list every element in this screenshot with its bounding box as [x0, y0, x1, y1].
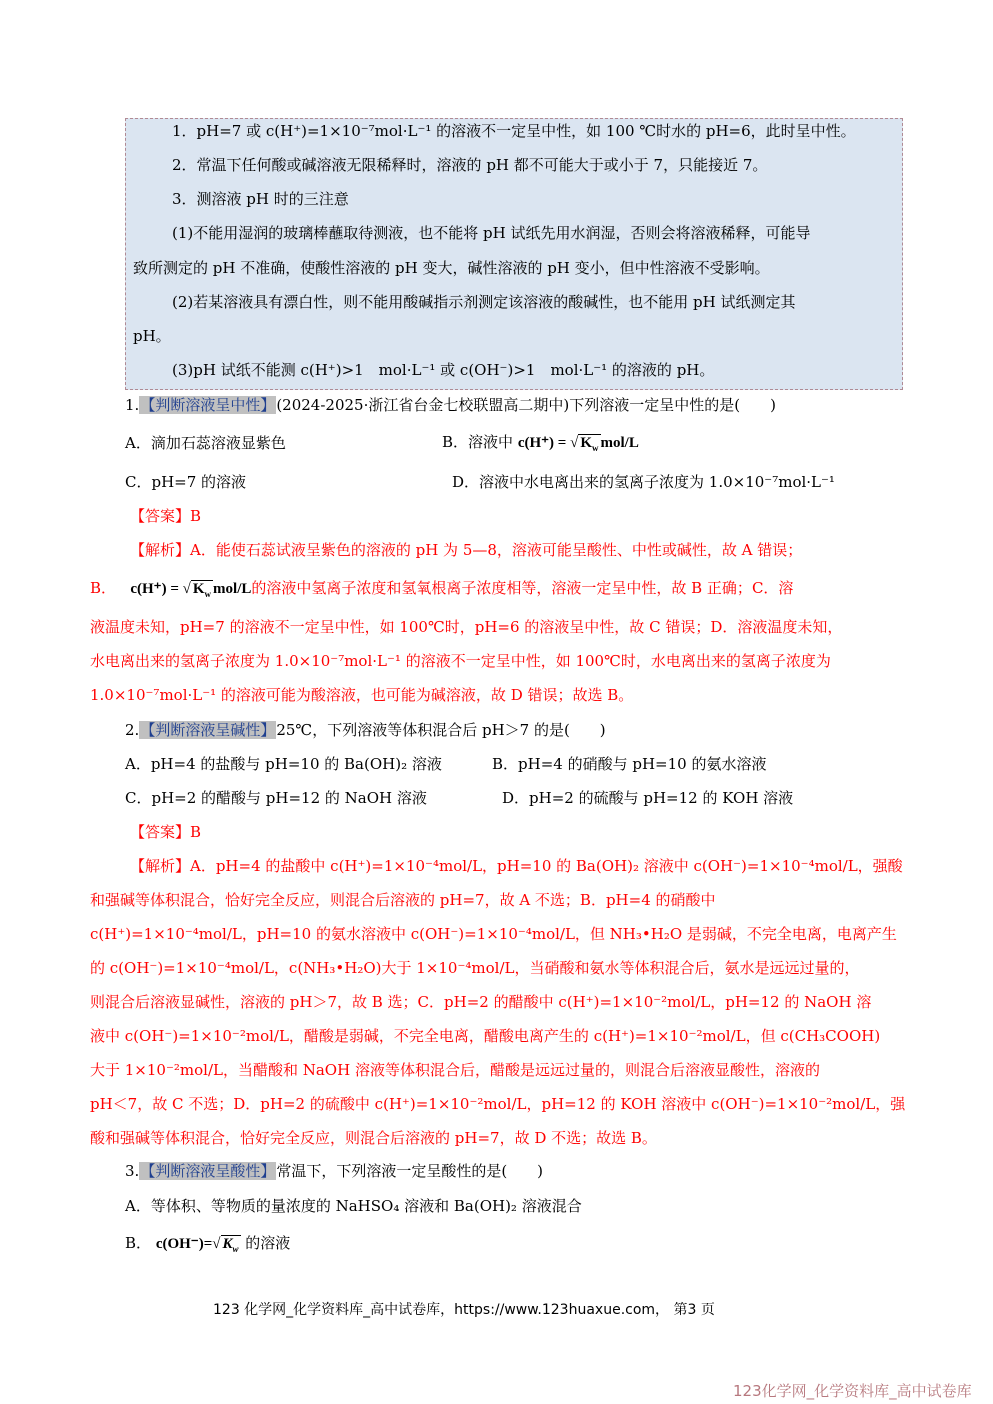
- question-2-analysis-line-3: c(H⁺)=1×10⁻⁴mol/L，pH=10 的氨水溶液中 c(OH⁻)=1×…: [90, 924, 897, 944]
- question-3-stem: 3.【判断溶液呈酸性】常温下，下列溶液一定呈酸性的是( ): [125, 1161, 543, 1181]
- question-1-analysis-line-3: 液温度未知，pH=7 的溶液不一定呈中性，如 100℃时，pH=6 的溶液呈中性…: [90, 617, 842, 637]
- question-2-analysis-line-5: 则混合后溶液显碱性，溶液的 pH＞7，故 B 选；C．pH=2 的醋酸中 c(H…: [90, 992, 871, 1012]
- question-1-option-b: B．溶液中 c(H⁺) = √Kwmol/L: [442, 432, 639, 456]
- question-2-answer: 【答案】B: [130, 822, 201, 842]
- question-2-analysis-line-4: 的 c(OH⁻)=1×10⁻⁴mol/L，c(NH₃•H₂O)大于 1×10⁻⁴…: [90, 958, 859, 978]
- page-footer: 123 化学网_化学资料库_高中试卷库，https://www.123huaxu…: [213, 1300, 715, 1320]
- question-1-analysis-line-4: 水电离出来的氢离子浓度为 1.0×10⁻⁷mol·L⁻¹ 的溶液不一定呈中性，如…: [90, 651, 831, 671]
- question-2-analysis-line-8: pH＜7，故 C 不选；D．pH=2 的硫酸中 c(H⁺)=1×10⁻²mol/…: [90, 1094, 905, 1114]
- note-line-7: pH。: [133, 326, 171, 346]
- question-2-analysis-line-7: 大于 1×10⁻²mol/L，当醋酸和 NaOH 溶液等体积混合后，醋酸是远远过…: [90, 1060, 820, 1080]
- question-2-option-a: A．pH=4 的盐酸与 pH=10 的 Ba(OH)₂ 溶液: [125, 754, 442, 774]
- question-tag: 【判断溶液呈碱性】: [139, 721, 276, 739]
- question-text: (2024-2025·浙江省台金七校联盟高二期中)下列溶液一定呈中性的是( ): [276, 396, 776, 414]
- question-3-option-a: A．等体积、等物质的量浓度的 NaHSO₄ 溶液和 Ba(OH)₂ 溶液混合: [125, 1196, 582, 1216]
- question-tag: 【判断溶液呈中性】: [139, 396, 276, 414]
- formula-ch-sqrt-kw: c(H⁺) = √Kwmol/L: [130, 581, 251, 597]
- question-2-stem: 2.【判断溶液呈碱性】25℃，下列溶液等体积混合后 pH＞7 的是( ): [125, 720, 606, 740]
- question-1-analysis-line-5: 1.0×10⁻⁷mol·L⁻¹ 的溶液可能为酸溶液，也可能为碱溶液，故 D 错误…: [90, 685, 633, 705]
- question-1-option-d: D．溶液中水电离出来的氢离子浓度为 1.0×10⁻⁷mol·L⁻¹: [452, 472, 835, 492]
- note-line-2: 2．常温下任何酸或碱溶液无限稀释时，溶液的 pH 都不可能大于或小于 7，只能接…: [172, 155, 767, 175]
- formula-ch-sqrt-kw: c(H⁺) = √Kwmol/L: [518, 435, 639, 451]
- question-2-analysis-line-9: 酸和强碱等体积混合，恰好完全反应，则混合后溶液的 pH=7，故 D 不选；故选 …: [90, 1128, 657, 1148]
- question-2-analysis-line-6: 液中 c(OH⁻)=1×10⁻²mol/L，醋酸是弱碱，不完全电离，醋酸电离产生…: [90, 1026, 880, 1046]
- document-page: 1．pH=7 或 c(H⁺)=1×10⁻⁷mol·L⁻¹ 的溶液不一定呈中性，如…: [0, 0, 993, 1404]
- question-1-stem: 1.【判断溶液呈中性】(2024-2025·浙江省台金七校联盟高二期中)下列溶液…: [125, 395, 776, 415]
- note-line-3: 3．测溶液 pH 时的三注意: [172, 189, 349, 209]
- question-number: 1.: [125, 396, 139, 414]
- question-2-option-d: D．pH=2 的硫酸与 pH=12 的 KOH 溶液: [502, 788, 793, 808]
- question-1-analysis-line-1: 【解析】A．能使石蕊试液呈紫色的溶液的 pH 为 5—8，溶液可能呈酸性、中性或…: [130, 540, 802, 560]
- question-tag: 【判断溶液呈酸性】: [139, 1162, 276, 1180]
- question-2-analysis-line-2: 和强碱等体积混合，恰好完全反应，则混合后溶液的 pH=7，故 A 不选；B．pH…: [90, 890, 716, 910]
- question-1-analysis-line-2: B． c(H⁺) = √Kwmol/L的溶液中氢离子浓度和氢氧根离子浓度相等，溶…: [90, 578, 793, 602]
- question-2-option-b: B．pH=4 的硝酸与 pH=10 的氨水溶液: [492, 754, 766, 774]
- formula-coh-sqrt-kw: c(OH⁻)=√Kw: [156, 1236, 241, 1252]
- question-2-option-c: C．pH=2 的醋酸与 pH=12 的 NaOH 溶液: [125, 788, 427, 808]
- note-line-5: 致所测定的 pH 不准确，使酸性溶液的 pH 变大，碱性溶液的 pH 变小，但中…: [133, 258, 770, 278]
- question-2-analysis-line-1: 【解析】A．pH=4 的盐酸中 c(H⁺)=1×10⁻⁴mol/L，pH=10 …: [130, 856, 903, 876]
- question-1-option-c: C．pH=7 的溶液: [125, 472, 246, 492]
- question-1-option-a: A．滴加石蕊溶液显紫色: [125, 433, 286, 453]
- note-line-1: 1．pH=7 或 c(H⁺)=1×10⁻⁷mol·L⁻¹ 的溶液不一定呈中性，如…: [172, 121, 856, 141]
- note-line-4: (1)不能用湿润的玻璃棒蘸取待测液，也不能将 pH 试纸先用水润湿，否则会将溶液…: [172, 223, 810, 243]
- question-1-answer: 【答案】B: [130, 506, 201, 526]
- watermark: 123化学网_化学资料库_高中试卷库: [733, 1381, 972, 1401]
- question-3-option-b: B． c(OH⁻)=√Kw 的溶液: [125, 1233, 290, 1257]
- note-line-8: (3)pH 试纸不能测 c(H⁺)>1 mol·L⁻¹ 或 c(OH⁻)>1 m…: [172, 360, 714, 380]
- note-line-6: (2)若某溶液具有漂白性，则不能用酸碱指示剂测定该溶液的酸碱性，也不能用 pH …: [172, 292, 795, 312]
